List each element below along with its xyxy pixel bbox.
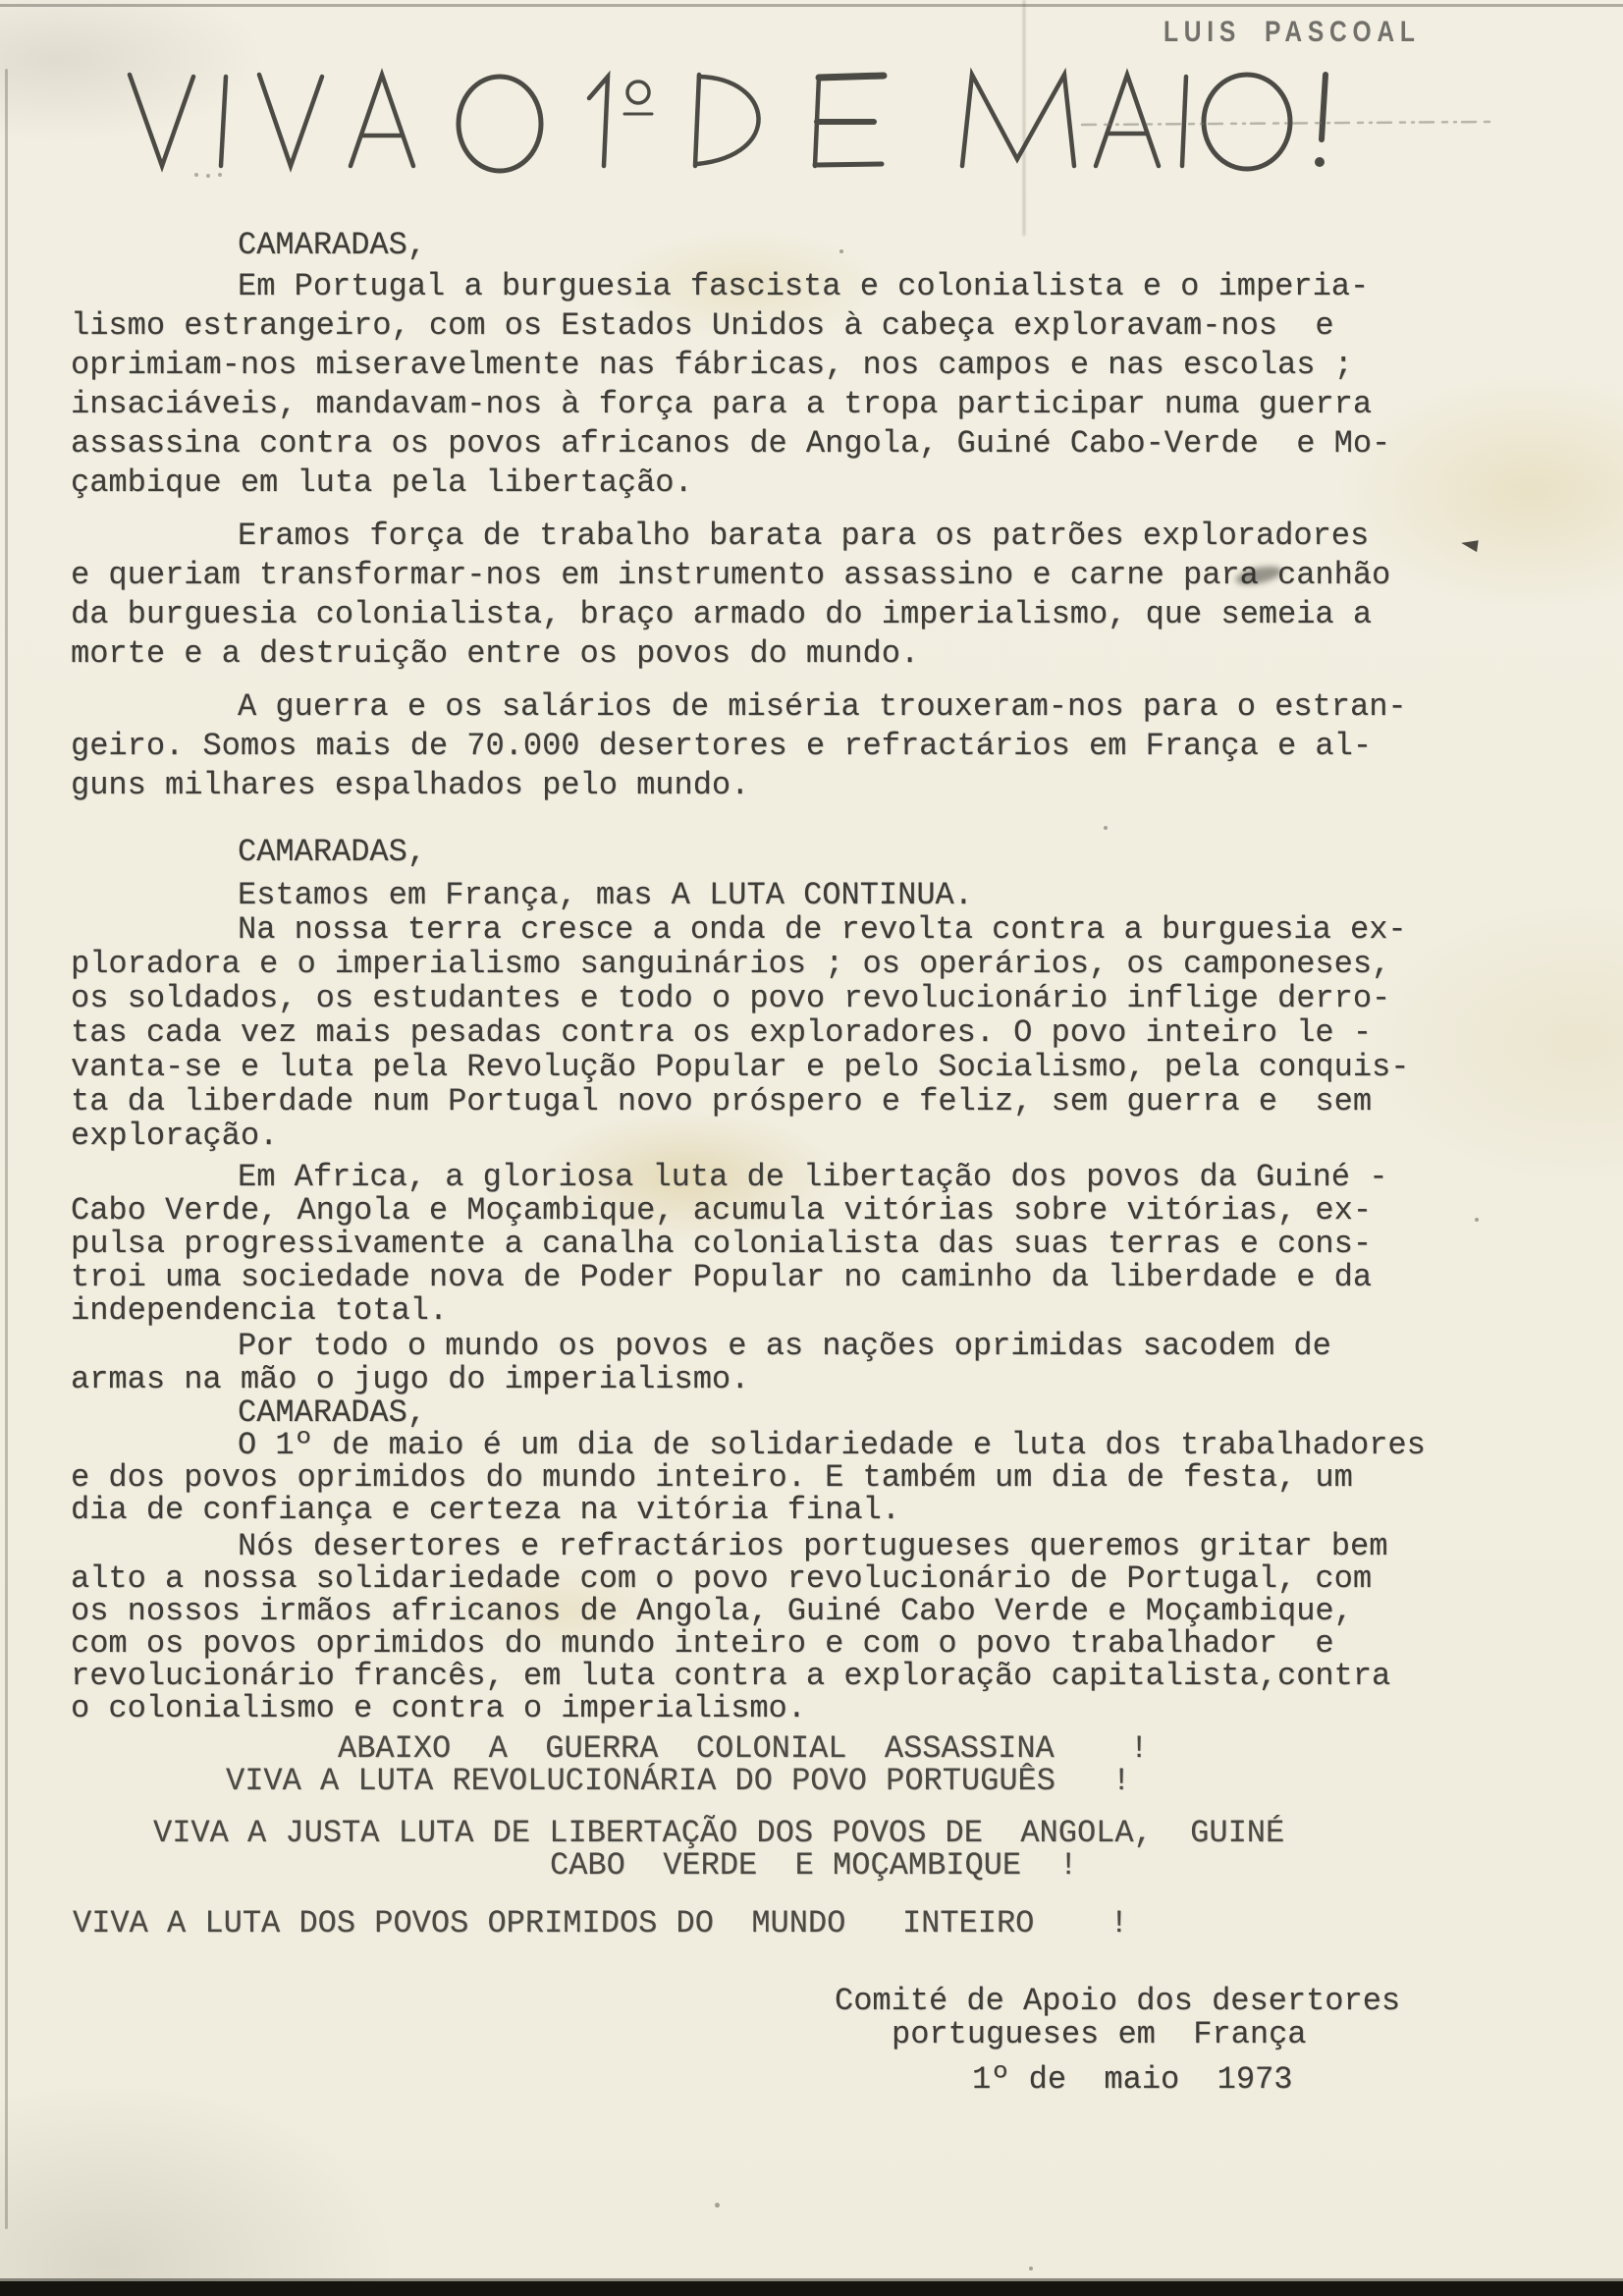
ink-mark-arrow xyxy=(1460,538,1479,552)
paragraph-5: Em Africa, a gloriosa luta de libertação… xyxy=(71,1161,1623,1328)
date-line: 1º de maio 1973 xyxy=(972,2063,1623,2097)
text-line: assassina contra os povos africanos de A… xyxy=(71,424,1623,464)
heading-camaradas-1: CAMARADAS, xyxy=(71,226,1623,265)
text-line: Nós desertores e refractários portuguese… xyxy=(71,1530,1623,1562)
slogan-line-4: CABO VERDE E MOÇAMBIQUE ! xyxy=(550,1849,1623,1882)
ink-speck xyxy=(715,2203,720,2208)
ink-speck xyxy=(839,249,843,253)
text-line: o colonialismo e contra o imperialismo. xyxy=(71,1692,1623,1724)
ink-speck xyxy=(1104,826,1108,830)
text-line: Eramos força de trabalho barata para os … xyxy=(71,517,1623,556)
paragraph-8: Nós desertores e refractários portuguese… xyxy=(71,1530,1623,1724)
text-line: ta da liberdade num Portugal novo próspe… xyxy=(71,1084,1623,1119)
text-line: revolucionário francês, em luta contra a… xyxy=(71,1660,1623,1692)
slogan-line-1: ABAIXO A GUERRA COLONIAL ASSASSINA ! xyxy=(338,1732,1623,1765)
slogan-line-2: VIVA A LUTA REVOLUCIONÁRIA DO POVO PORTU… xyxy=(226,1765,1623,1797)
text-line: dia de confiança e certeza na vitória fi… xyxy=(71,1494,1623,1526)
text-line: e dos povos oprimidos do mundo inteiro. … xyxy=(71,1461,1623,1494)
text-line: oprimiam-nos miseravelmente nas fábricas… xyxy=(71,346,1623,385)
signature-block: Comité de Apoio dos desertores portugues… xyxy=(71,1985,1623,2097)
paragraph-6: Por todo o mundo os povos e as nações op… xyxy=(71,1330,1623,1396)
text-line: lismo estrangeiro, com os Estados Unidos… xyxy=(71,306,1623,346)
document-body: CAMARADAS, Em Portugal a burguesia fasci… xyxy=(71,226,1623,2097)
text-line: armas na mão o jugo do imperialismo. xyxy=(71,1363,1623,1396)
paragraph-4: Estamos em França, mas A LUTA CONTINUA. … xyxy=(71,878,1623,1153)
paragraph-2: Eramos força de trabalho barata para os … xyxy=(71,517,1623,674)
text-line: com os povos oprimidos do mundo inteiro … xyxy=(71,1627,1623,1660)
text-line: Estamos em França, mas A LUTA CONTINUA. xyxy=(71,878,1623,912)
signature-org-line-2: portugueses em França xyxy=(892,2018,1623,2051)
ink-speck xyxy=(1475,1218,1479,1222)
page-title: VIVA O 1º DE MAIO! xyxy=(71,65,1623,183)
text-line: O 1º de maio é um dia de solidariedade e… xyxy=(71,1429,1623,1461)
paragraph-3: A guerra e os salários de miséria trouxe… xyxy=(71,687,1623,805)
text-line: os soldados, os estudantes e todo o povo… xyxy=(71,981,1623,1015)
text-line: çambique em luta pela libertação. xyxy=(71,464,1623,503)
scan-edge-top xyxy=(0,4,1623,7)
text-line: morte e a destruição entre os povos do m… xyxy=(71,634,1623,674)
text-line: pulsa progressivamente a canalha colonia… xyxy=(71,1228,1623,1261)
signature-org-line-1: Comité de Apoio dos desertores xyxy=(835,1985,1623,2018)
heading-camaradas-2: CAMARADAS, xyxy=(71,835,1623,870)
scan-edge-left xyxy=(5,69,8,2229)
slogan-line-5: VIVA A LUTA DOS POVOS OPRIMIDOS DO MUNDO… xyxy=(73,1907,1623,1940)
text-line: independencia total. xyxy=(71,1294,1623,1328)
text-line: da burguesia colonialista, braço armado … xyxy=(71,595,1623,634)
title-lettering xyxy=(71,65,1494,183)
text-line: os nossos irmãos africanos de Angola, Gu… xyxy=(71,1595,1623,1627)
text-line: Por todo o mundo os povos e as nações op… xyxy=(71,1330,1623,1363)
owner-stamp: LUIS PASCOAL xyxy=(1163,16,1421,49)
text-line: insaciáveis, mandavam-nos à força para a… xyxy=(71,385,1623,424)
document-page: LUIS PASCOAL VIVA O 1º DE MAIO! xyxy=(0,0,1623,2296)
text-line: ploradora e o imperialismo sanguinários … xyxy=(71,947,1623,981)
slogan-line-3: VIVA A JUSTA LUTA DE LIBERTAÇÃO DOS POVO… xyxy=(153,1817,1623,1849)
ink-speck xyxy=(1029,2267,1033,2270)
text-line: Em Portugal a burguesia fascista e colon… xyxy=(71,267,1623,306)
text-line: exploração. xyxy=(71,1119,1623,1153)
text-line: alto a nossa solidariedade com o povo re… xyxy=(71,1562,1623,1595)
text-line: A guerra e os salários de miséria trouxe… xyxy=(71,687,1623,727)
text-line: guns milhares espalhados pelo mundo. xyxy=(71,766,1623,805)
paragraph-1: Em Portugal a burguesia fascista e colon… xyxy=(71,267,1623,503)
scan-edge-bottom xyxy=(0,2281,1623,2296)
text-line: vanta-se e luta pela Revolução Popular e… xyxy=(71,1050,1623,1084)
text-line: Cabo Verde, Angola e Moçambique, acumula… xyxy=(71,1194,1623,1228)
heading-camaradas-3: CAMARADAS, xyxy=(71,1396,1623,1429)
slogans-block: ABAIXO A GUERRA COLONIAL ASSASSINA ! VIV… xyxy=(71,1732,1623,1940)
text-line: Em Africa, a gloriosa luta de libertação… xyxy=(71,1161,1623,1194)
text-line: e queriam transformar-nos em instrumento… xyxy=(71,556,1623,595)
text-line: geiro. Somos mais de 70.000 desertores e… xyxy=(71,727,1623,766)
paragraph-7: O 1º de maio é um dia de solidariedade e… xyxy=(71,1429,1623,1526)
text-line: tas cada vez mais pesadas contra os expl… xyxy=(71,1015,1623,1050)
text-line: troi uma sociedade nova de Poder Popular… xyxy=(71,1261,1623,1294)
text-line: Na nossa terra cresce a onda de revolta … xyxy=(71,912,1623,947)
